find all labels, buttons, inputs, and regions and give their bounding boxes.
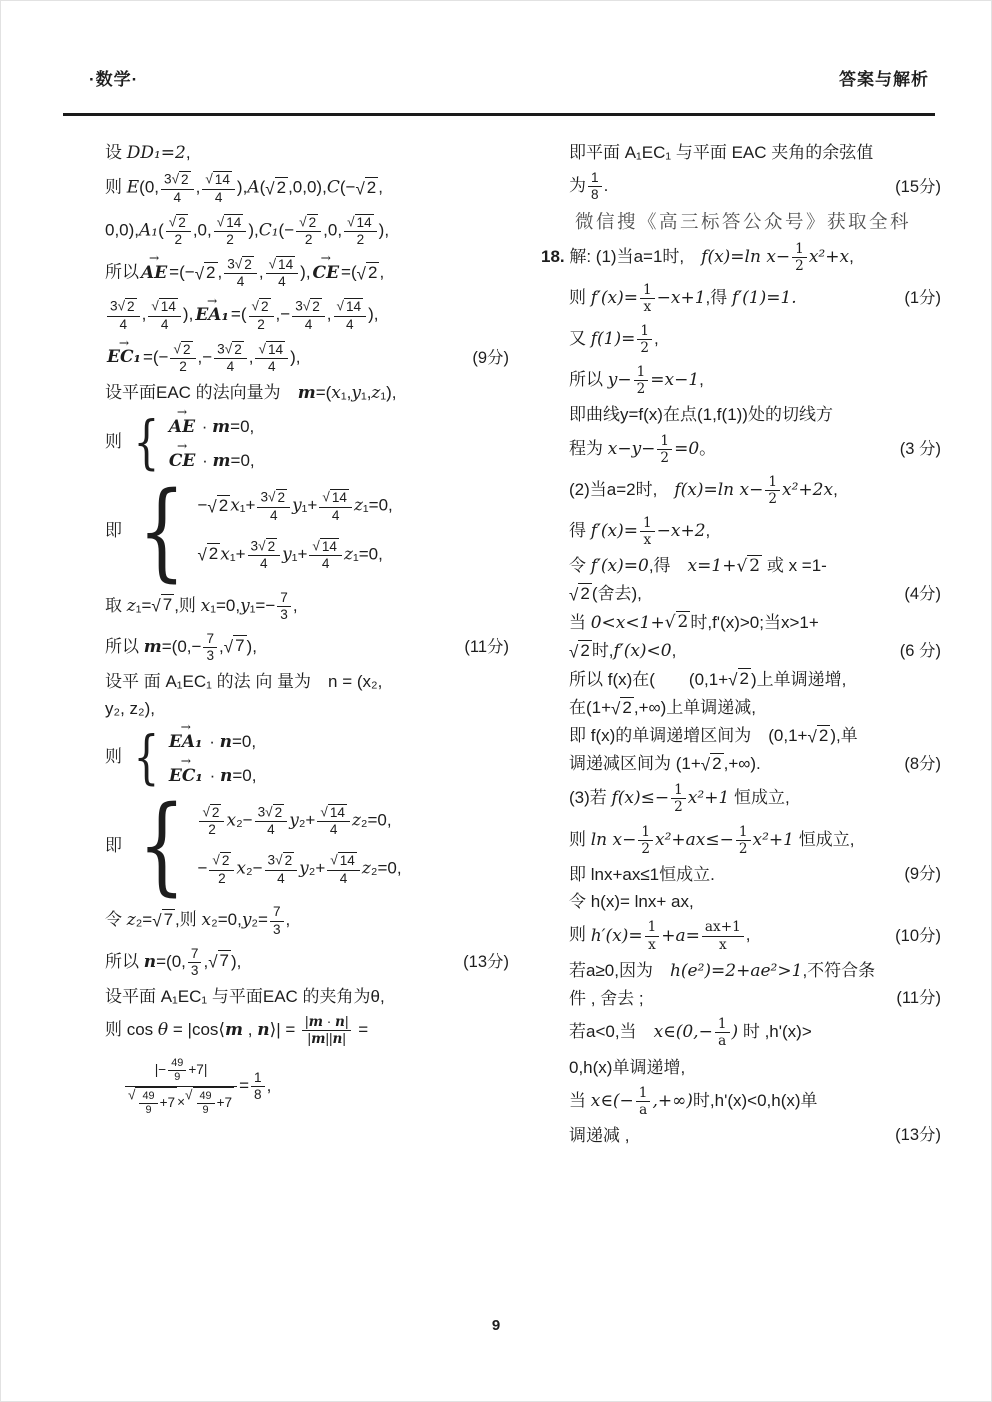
square-root: √14 [258,341,285,358]
fraction: 12 [765,474,780,507]
square-root: √2 [665,611,691,634]
fraction: 1x [640,515,655,548]
score-mark: (4分) [904,583,941,606]
equation-system-line: 即{−√2x₁+3√24y₁+√144z₁=0,√2x₁+3√24y₁+√144… [105,478,509,584]
solution-line: 件 , 舍去 ;(11分) [541,987,941,1010]
fraction: 3√24 [292,298,325,332]
square-root: √2 [212,852,231,869]
solution-line: 所以 y−12=x−1, [541,362,941,399]
solution-line: 所以AE=(−√2,3√24,√144),CE=(√2, [105,254,509,292]
solution-line: 即 f(x)的单调递增区间为 (0,1+√2),单 [541,724,941,748]
square-root: √2 [736,555,762,578]
vector: AE [169,416,195,439]
subject-label: ·数学· [89,65,138,90]
cases-brace: { [134,728,160,786]
square-root: √2 [169,214,188,231]
vector: CE [313,262,340,285]
square-root: √2 [808,725,831,748]
square-root: √7 [224,635,247,658]
fraction: 12 [792,241,807,274]
solution-line: (2)当a=2时, f(x)=ln x−12x²+2x, [541,472,941,509]
cases-brace: { [138,792,185,898]
cases-brace: { [134,413,160,471]
square-root: √2 [611,697,634,720]
fraction: 18 [588,170,602,203]
fraction: 12 [637,323,652,356]
score-mark: (6 分) [900,640,941,663]
solution-line: (3)若 f(x)≤−12x²+1 恒成立, [541,780,941,817]
fraction: √144 [148,298,181,332]
square-root: √14 [269,256,296,273]
square-root: √2 [265,177,288,200]
solution-line: 设平面EAC 的法向量为 m=(x₁,y₁,z₁), [105,381,509,405]
square-root: √2 [197,543,220,566]
solution-line: √2(舍去),(4分) [541,582,941,606]
score-mark: (13分) [463,951,509,974]
fraction: √144 [334,298,367,332]
square-root: √14 [217,214,244,231]
right-column: 即平面 A₁EC₁ 与平面 EAC 夹角的余弦值为18.(15分)微信搜《高三标… [541,137,941,1151]
square-root: √2 [357,262,380,285]
fraction: 18 [251,1070,265,1103]
score-mark: (10分) [895,925,941,948]
solution-line: 若a≥0,因为 h(e²)=2+ae²>1,不符合条 [541,959,941,983]
square-root: √14 [320,804,347,821]
fraction: 499 [139,1090,157,1117]
square-root: √2 [265,804,284,821]
square-root: √2 [172,171,191,188]
solution-line: 若a<0,当 x∈(0,−1a) 时 ,h'(x)> [541,1014,941,1051]
fraction: √22 [296,214,321,248]
square-root: √2 [258,538,277,555]
fraction: 3√24 [248,538,281,572]
square-root: √2 [268,489,287,506]
fraction: 73 [277,590,291,623]
solution-line: 设平 面 A₁EC₁ 的法 向 量为 n = (x₂, [105,670,509,693]
square-root: √2 [225,341,244,358]
solution-line: 则 f′(x)=1x−x+1,得 f′(1)=1.(1分) [541,280,941,317]
square-root: √2 [252,298,271,315]
fraction: 73 [203,631,217,664]
solution-line: 取 z₁=√7,则 x₁=0,y₁=−73, [105,588,509,625]
fraction: |−499+7|√499+7×√499+7 [125,1055,237,1118]
vector: EC₁ [107,346,141,369]
solution-line: 为18.(15分) [541,168,941,205]
square-root: √2 [173,341,192,358]
square-root: √2 [195,262,218,285]
solution-line: 0,h(x)单调递增, [541,1056,941,1079]
solution-line: 18. 解: (1)当a=1时, f(x)=ln x−12x²+x, [541,239,941,276]
fraction: ax+1x [702,919,744,952]
score-mark: (1分) [904,287,941,310]
solution-line: 当 x∈(−1a,+∞)时,h'(x)<0,h(x)单 [541,1083,941,1120]
fraction: √22 [170,341,195,375]
solution-line: 得 f′(x)=1x−x+2, [541,513,941,550]
fraction: √144 [202,171,235,205]
square-root: √2 [235,256,254,273]
fraction: √144 [255,341,288,375]
fraction: √22 [199,804,224,838]
solution-line: 设 DD₁=2, [105,141,509,165]
vector: EA₁ [195,304,229,327]
solution-line: 即平面 A₁EC₁ 与平面 EAC 夹角的余弦值 [541,141,941,164]
square-root: √2 [275,852,294,869]
fraction: 3√24 [214,341,247,375]
fraction: 3√24 [107,298,140,332]
square-root: √7 [152,909,175,932]
square-root: √14 [330,852,357,869]
fraction: 12 [657,433,672,466]
fraction: √144 [319,489,352,523]
page-number: 9 [1,1317,991,1334]
score-mark: (9分) [472,347,509,370]
fraction: 73 [270,904,284,937]
fraction: √22 [166,214,191,248]
score-mark: (13分) [895,1124,941,1147]
solution-line: 设平面 A₁EC₁ 与平面EAC 的夹角为θ, [105,985,509,1008]
vector: AE [141,262,167,285]
solution-line: 所以 n=(0,73,√7),(13分) [105,944,509,981]
equation-system-line: 即{√22x₂−3√24y₂+√144z₂=0,−√22x₂−3√24y₂+√1… [105,792,509,898]
score-mark: (15分) [895,176,941,199]
fraction: √142 [214,214,247,248]
header-rule [63,113,935,116]
fraction: 73 [188,946,202,979]
fraction: 1x [640,282,655,315]
score-mark: (8分) [904,753,941,776]
equation-system-line: 则{EA₁ · n=0,EC₁ · n=0, [105,725,509,789]
fraction: |m · n||m||n| [302,1014,351,1047]
vector: EA₁ [169,731,203,754]
fraction: 1a [715,1016,730,1049]
fraction: √22 [249,298,274,332]
solution-line: 在(1+√2,+∞)上单调递减, [541,696,941,720]
fraction: √22 [209,852,234,886]
answer-sheet-page: ·数学· 答案与解析 设 DD₁=2,则 E(0,3√24,√144),A(√2… [0,0,992,1402]
fraction: 3√24 [161,171,194,205]
square-root: √14 [151,298,178,315]
left-column: 设 DD₁=2,则 E(0,3√24,√144),A(√2,0,0),C(−√2… [105,137,509,1124]
solution-line: 程为 x−y−12=0。(3 分) [541,431,941,468]
solution-line: |−499+7|√499+7×√499+7=18, [105,1053,509,1120]
solution-line: 又 f(1)=12, [541,321,941,358]
square-root: √14 [205,171,232,188]
solution-line: 则 ln x−12x²+ax≤−12x²+1 恒成立, [541,822,941,859]
cases-brace: { [138,478,185,584]
fraction: 3√24 [257,489,290,523]
fraction: 3√24 [224,256,257,290]
solution-line: 调递减区间为 (1+√2,+∞).(8分) [541,752,941,776]
solution-line: 3√24,√144),EA₁=(√22,−3√24,√144), [105,296,509,334]
square-root: √2 [299,214,318,231]
solution-line: 微信搜《高三标答公众号》获取全科 [541,210,941,236]
solution-line: 则 E(0,3√24,√144),A(√2,0,0),C(−√2, [105,169,509,207]
square-root: √2 [569,640,592,663]
solution-line: 所以 m=(0,−73,√7),(11分) [105,629,509,666]
fraction: 3√24 [265,852,298,886]
score-mark: (11分) [464,636,509,659]
square-root: √499+7 [128,1087,177,1119]
square-root: √2 [202,804,221,821]
square-root: √14 [312,538,339,555]
fraction: 12 [638,824,653,857]
square-root: √2 [728,668,751,691]
solution-line: 当 0<x<1+√2时,f'(x)>0;当x>1+ [541,611,941,635]
square-root: √7 [208,950,231,973]
answer-key-label: 答案与解析 [839,65,929,90]
score-mark: (3 分) [900,438,941,461]
square-root: √14 [322,489,349,506]
fraction: √144 [317,804,350,838]
square-root: √7 [151,594,174,617]
fraction: 3√24 [255,804,288,838]
fraction: √144 [266,256,299,290]
solution-line: √2时,f′(x)<0,(6 分) [541,639,941,663]
solution-line: 0,0),A₁(√22,0,√142),C₁(−√22,0,√142), [105,212,509,250]
fraction: 499 [197,1090,215,1117]
fraction: 12 [634,364,649,397]
equation-system-line: 则{AE · m=0,CE · m=0, [105,410,509,474]
solution-line: 令 f′(x)=0,得 x=1+√2 或 x =1- [541,554,941,578]
fraction: √144 [327,852,360,886]
solution-line: y₂, z₂), [105,697,509,720]
square-root: √2 [303,298,322,315]
fraction: 1a [636,1085,651,1118]
fraction: 499 [168,1057,186,1084]
fraction: √144 [309,538,342,572]
solution-line: 即 lnx+ax≤1恒成立.(9分) [541,863,941,886]
square-root: √2 [701,753,724,776]
solution-line: 则 h′(x)=1x+a=ax+1x,(10分) [541,917,941,954]
square-root: √2 [118,298,137,315]
square-root: √14 [337,298,364,315]
solution-line: 即曲线y=f(x)在点(1,f(1))处的切线方 [541,403,941,426]
square-root: √14 [347,214,374,231]
fraction: 1x [645,919,660,952]
solution-line: 令 z₂=√7,则 x₂=0,y₂=73, [105,902,509,939]
solution-line: 则 cos θ = |cos⟨m , n⟩| = |m · n||m||n| = [105,1012,509,1049]
solution-line: 所以 f(x)在( (0,1+√2)上单调递增, [541,668,941,692]
fraction: 12 [671,782,686,815]
square-root: √499+7 [185,1087,234,1119]
solution-line: 调递减 ,(13分) [541,1124,941,1147]
fraction: 12 [736,824,751,857]
square-root: √2 [569,583,592,606]
solution-line: 令 h(x)= lnx+ ax, [541,890,941,913]
score-mark: (11分) [896,987,941,1010]
square-root: √2 [207,495,230,518]
square-root: √2 [355,177,378,200]
fraction: √142 [344,214,377,248]
solution-line: EC₁=(−√22,−3√24,√144),(9分) [105,339,509,377]
score-mark: (9分) [904,863,941,886]
